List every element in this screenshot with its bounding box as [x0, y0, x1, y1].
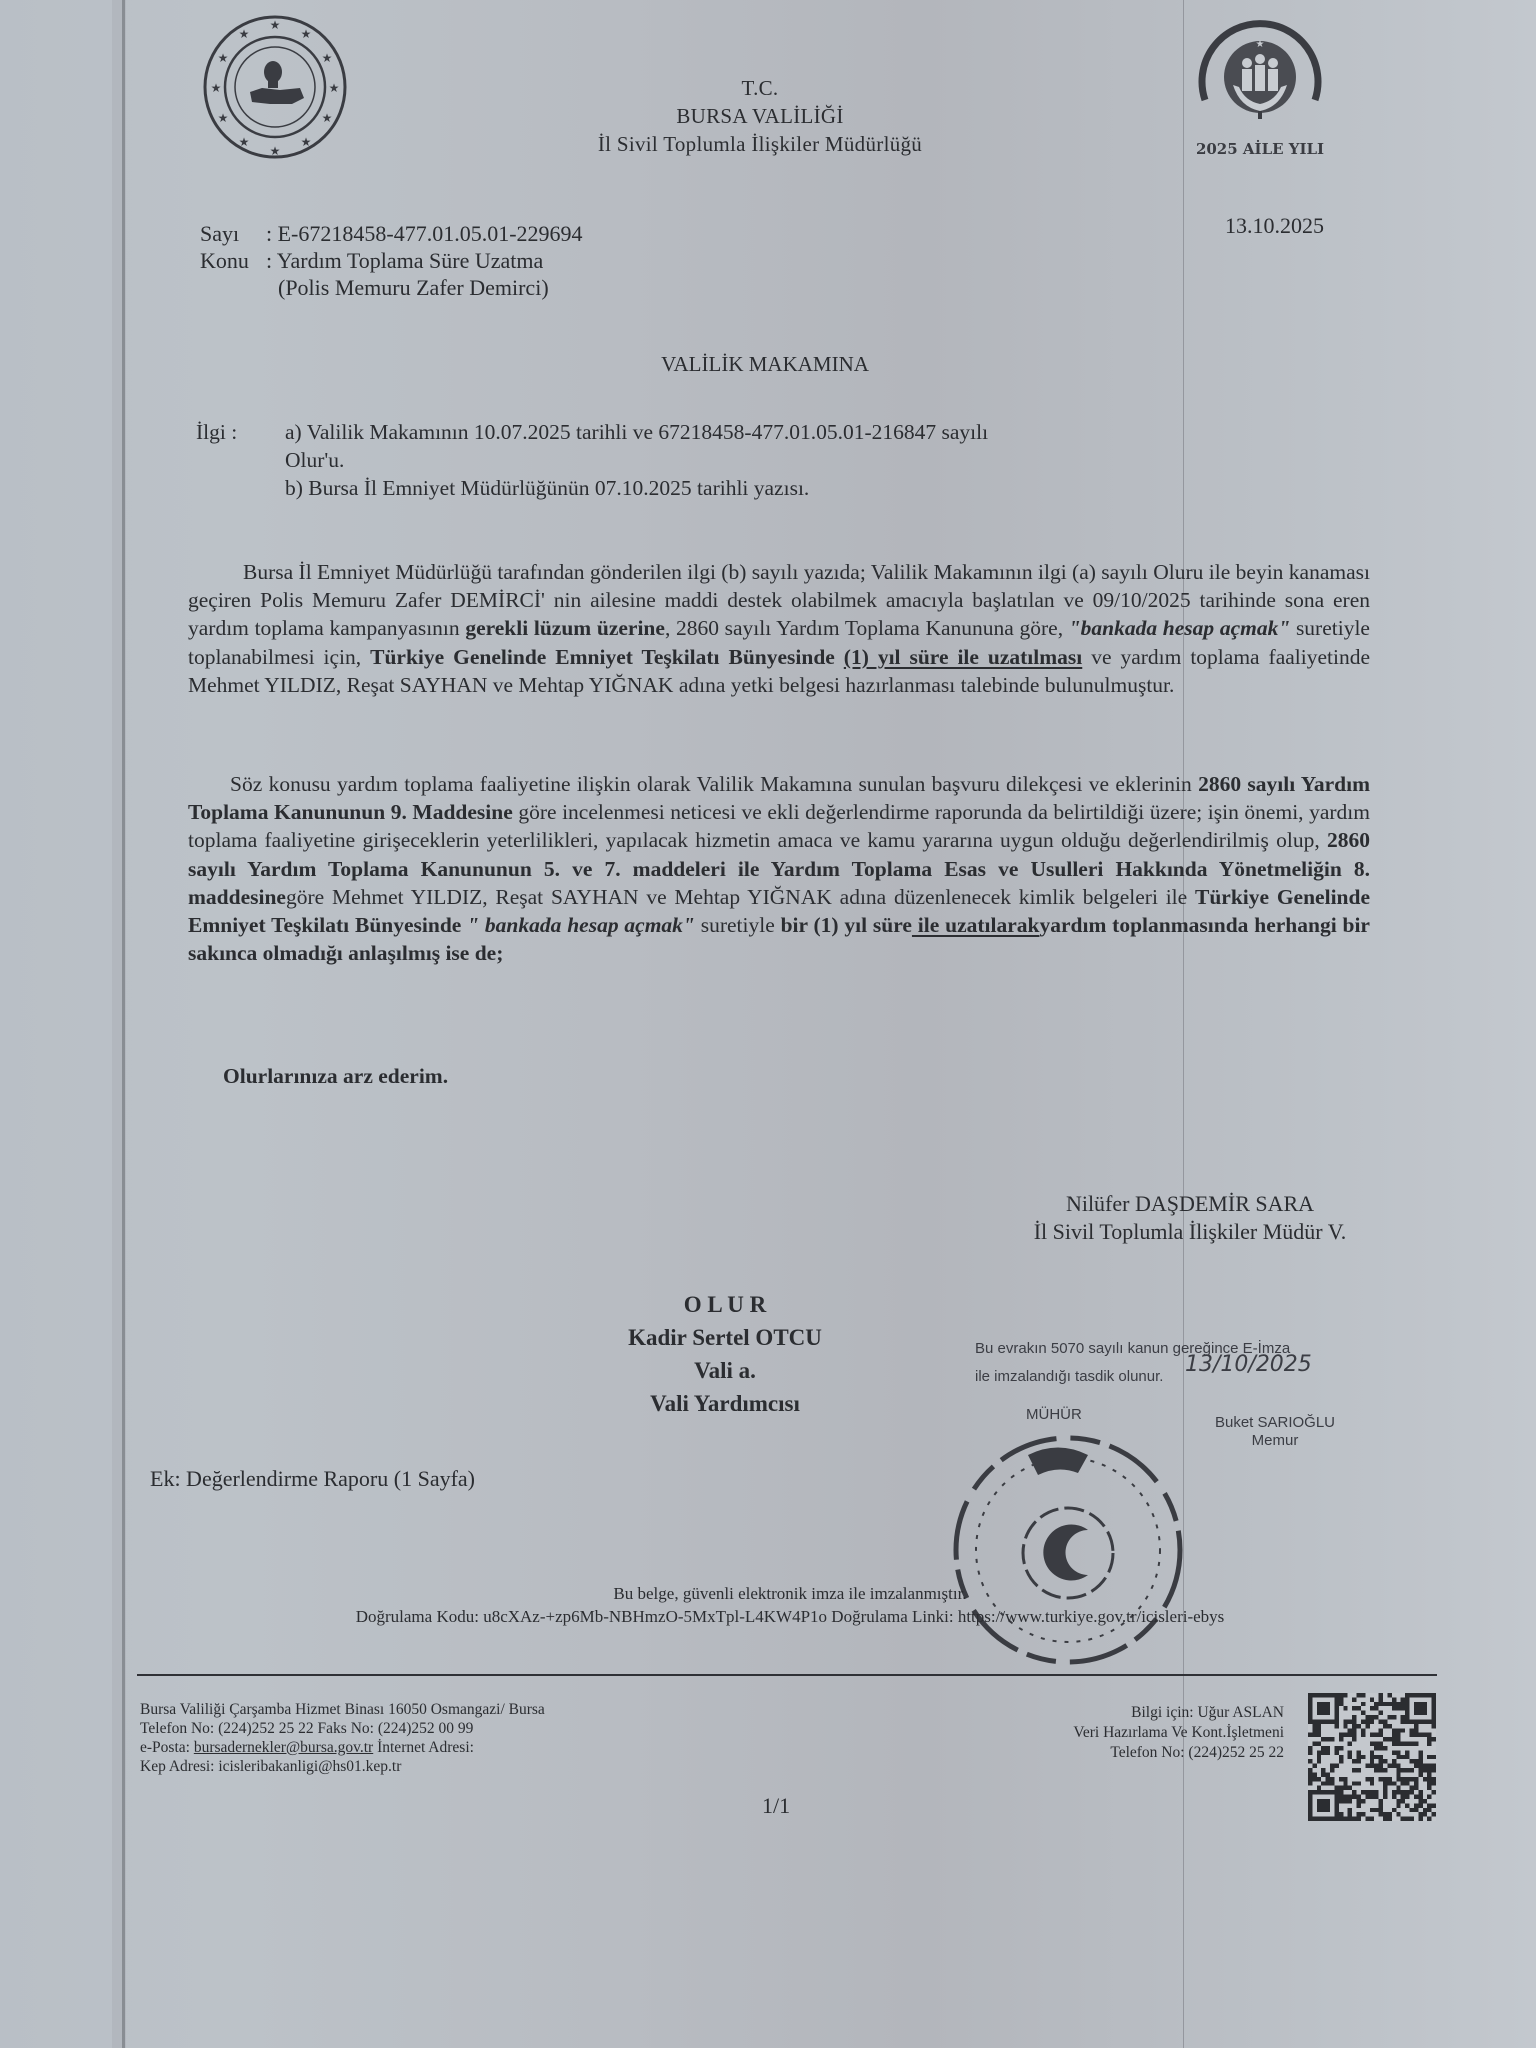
- attachment-note: Ek: Değerlendirme Raporu (1 Sayfa): [150, 1466, 475, 1492]
- p1-text-2: , 2860 sayılı Yardım Toplama Kanununa gö…: [665, 616, 1069, 640]
- p2-bold-underline-1: ile uzatılarak: [912, 913, 1040, 937]
- footer-email-label: e-Posta:: [140, 1739, 194, 1756]
- body-paragraph-1: Bursa İl Emniyet Müdürlüğü tarafından gö…: [188, 558, 1370, 699]
- footer-web-label: İnternet Adresi:: [373, 1739, 474, 1756]
- p1-bold-underline-1: (1) yıl süre ile uzatılması: [844, 645, 1082, 669]
- svg-text:★: ★: [322, 111, 333, 125]
- document-date: 13.10.2025: [1225, 212, 1324, 239]
- addressee: VALİLİK MAKAMINA: [480, 352, 1050, 377]
- p1-bold-2: Türkiye Genelinde Emniyet Teşkilatı Büny…: [370, 645, 844, 669]
- footer-kep: Kep Adresi: icisleribakanligi@hs01.kep.t…: [140, 1757, 545, 1776]
- footer-divider: [137, 1674, 1437, 1676]
- ministry-seal-logo: ★ ★ ★ ★ ★ ★ ★ ★ ★ ★ ★ ★: [200, 12, 350, 162]
- family-year-caption: 2025 AİLE YILI: [1185, 140, 1335, 158]
- approval-block: O L U R Kadir Sertel OTCU Vali a. Vali Y…: [600, 1288, 850, 1420]
- ilgi-b: b) Bursa İl Emniyet Müdürlüğünün 07.10.2…: [285, 474, 1185, 502]
- header-governorship: BURSA VALİLİĞİ: [440, 102, 1080, 130]
- page-number: 1/1: [762, 1793, 790, 1819]
- footer-address: Bursa Valiliği Çarşamba Hizmet Binası 16…: [140, 1700, 545, 1719]
- approval-olur: O L U R: [600, 1288, 850, 1321]
- p2-bold-italic-1: " bankada hesap açmak": [467, 913, 695, 937]
- official-seal-icon: [938, 1425, 1198, 1675]
- p2-text-4: suretiyle: [695, 913, 781, 937]
- svg-text:★: ★: [301, 27, 312, 41]
- stamp-officer-name: Buket SARIOĞLU: [1200, 1414, 1350, 1432]
- sayi-label: Sayı: [200, 220, 266, 247]
- approval-on-behalf: Vali a.: [600, 1354, 850, 1387]
- konu-value-2: (Polis Memuru Zafer Demirci): [200, 274, 583, 301]
- svg-text:★: ★: [270, 18, 281, 32]
- p1-bold-1: gerekli lüzum üzerine: [465, 616, 665, 640]
- ilgi-a-cont: Olur'u.: [285, 446, 1185, 474]
- closing-line: Olurlarınıza arz ederim.: [223, 1064, 448, 1089]
- ilgi-label: İlgi :: [196, 418, 237, 446]
- svg-text:★: ★: [239, 27, 250, 41]
- p2-bold-4: bir (1) yıl süre: [781, 913, 912, 937]
- footer-email-link[interactable]: bursadernekler@bursa.gov.tr: [194, 1739, 373, 1756]
- signer-title: İl Sivil Toplumla İlişkiler Müdür V.: [960, 1218, 1420, 1246]
- svg-text:★: ★: [322, 51, 333, 65]
- stamp-officer-title: Memur: [1200, 1432, 1350, 1450]
- approval-name: Kadir Sertel OTCU: [600, 1321, 850, 1354]
- header-tc: T.C.: [440, 74, 1080, 102]
- body-paragraph-2: Söz konusu yardım toplama faaliyetine il…: [188, 770, 1370, 967]
- p2-text-1: Söz konusu yardım toplama faaliyetine il…: [230, 772, 1198, 796]
- esign-verification[interactable]: Doğrulama Kodu: u8cXAz-+zp6Mb-NBHmzO-5Mx…: [180, 1605, 1400, 1628]
- footer-info: Bilgi için: Uğur ASLAN Veri Hazırlama Ve…: [960, 1703, 1284, 1763]
- info-contact: Bilgi için: Uğur ASLAN: [960, 1703, 1284, 1723]
- svg-text:★: ★: [1256, 39, 1265, 50]
- konu-label: Konu: [200, 247, 266, 274]
- footer-contact: Bursa Valiliği Çarşamba Hizmet Binası 16…: [140, 1700, 545, 1776]
- svg-text:★: ★: [301, 135, 312, 149]
- ilgi-references: a) Valilik Makamının 10.07.2025 tarihli …: [285, 418, 1185, 502]
- esignature-block: Bu belge, güvenli elektronik imza ile im…: [180, 1582, 1400, 1628]
- document-meta: Sayı: E-67218458-477.01.05.01-229694 Kon…: [200, 220, 583, 301]
- sayi-value: : E-67218458-477.01.05.01-229694: [266, 221, 583, 246]
- signer-block: Nilüfer DAŞDEMİR SARA İl Sivil Toplumla …: [960, 1190, 1420, 1246]
- scanned-document-page: ★ ★ ★ ★ ★ ★ ★ ★ ★ ★ ★ ★ ★ 2025 AİLE YILI: [0, 0, 1536, 2048]
- family-year-logo: ★: [1185, 15, 1335, 140]
- p2-text-3: göre Mehmet YILDIZ, Reşat SAYHAN ve Meht…: [286, 885, 1195, 909]
- footer-phone-fax: Telefon No: (224)252 25 22 Faks No: (224…: [140, 1719, 545, 1738]
- svg-text:★: ★: [329, 81, 340, 95]
- info-title: Veri Hazırlama Ve Kont.İşletmeni: [960, 1723, 1284, 1743]
- svg-text:★: ★: [218, 51, 229, 65]
- letterhead: T.C. BURSA VALİLİĞİ İl Sivil Toplumla İl…: [440, 74, 1080, 158]
- binding-line: [122, 0, 125, 2048]
- seal-label: MÜHÜR: [1026, 1406, 1082, 1423]
- qr-code-icon[interactable]: [1308, 1693, 1436, 1821]
- svg-text:★: ★: [218, 111, 229, 125]
- p1-bold-italic-1: "bankada hesap açmak": [1069, 616, 1291, 640]
- svg-text:★: ★: [211, 81, 222, 95]
- konu-value: : Yardım Toplama Süre Uzatma: [266, 248, 543, 273]
- handwritten-date: 13/10/2025: [1185, 1352, 1312, 1377]
- signer-name: Nilüfer DAŞDEMİR SARA: [960, 1190, 1420, 1218]
- ilgi-a: a) Valilik Makamının 10.07.2025 tarihli …: [285, 418, 1185, 446]
- svg-text:★: ★: [239, 135, 250, 149]
- approval-title: Vali Yardımcısı: [600, 1387, 850, 1420]
- header-directorate: İl Sivil Toplumla İlişkiler Müdürlüğü: [440, 130, 1080, 158]
- svg-text:★: ★: [270, 144, 281, 158]
- info-phone: Telefon No: (224)252 25 22: [960, 1743, 1284, 1763]
- stamp-officer: Buket SARIOĞLU Memur: [1200, 1414, 1350, 1450]
- esign-notice: Bu belge, güvenli elektronik imza ile im…: [180, 1582, 1400, 1605]
